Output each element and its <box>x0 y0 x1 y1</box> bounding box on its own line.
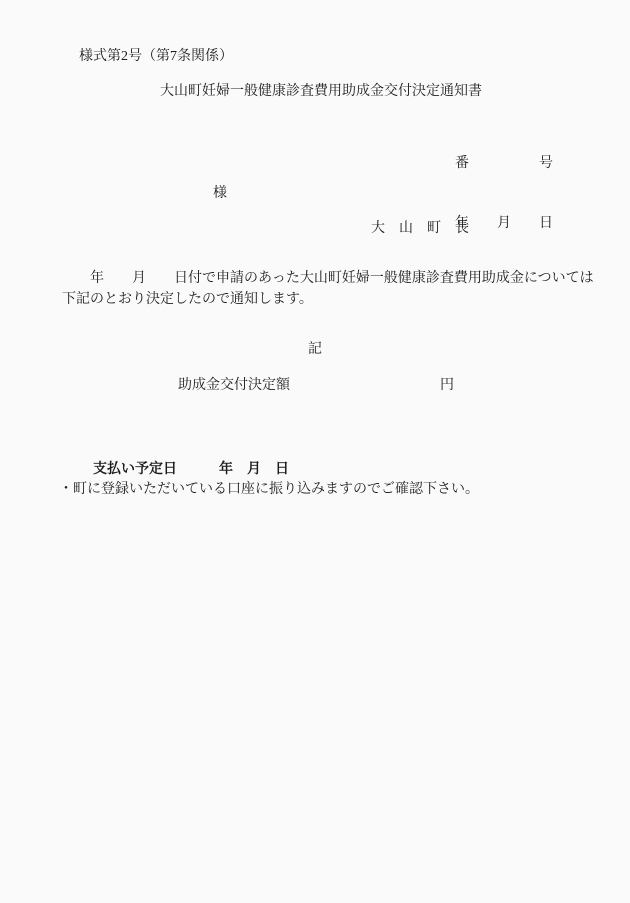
body-text-line-1: 年 月 日付で申請のあった大山町妊婦一般健康診査費用助成金については <box>62 269 594 289</box>
body-text-line-2: 下記のとおり決定したので通知します。 <box>62 290 313 310</box>
grant-amount-unit-yen: 円 <box>440 376 454 396</box>
notification-document-page: 様式第2号（第7条関係） 大山町妊婦一般健康診査費用助成金交付決定通知書 番 号… <box>0 0 630 903</box>
recipient-honorific: 様 <box>213 184 227 204</box>
number-date-block: 番 号 年 月 日 <box>455 114 553 274</box>
form-number: 様式第2号（第7条関係） <box>79 47 233 67</box>
document-number-line: 番 号 <box>455 154 553 174</box>
sender-mayor-name: 大 山 町 長 <box>371 219 469 239</box>
bank-account-note: ・町に登録いただいている口座に振り込みますのでご確認下さい。 <box>59 480 479 500</box>
document-title: 大山町妊婦一般健康診査費用助成金交付決定通知書 <box>12 82 630 102</box>
grant-amount-label: 助成金交付決定額 <box>178 376 290 396</box>
document-date-line: 年 月 日 <box>455 214 553 234</box>
record-marker: 記 <box>0 340 630 360</box>
payment-scheduled-date-line: 支払い予定日 年 月 日 <box>93 460 289 480</box>
